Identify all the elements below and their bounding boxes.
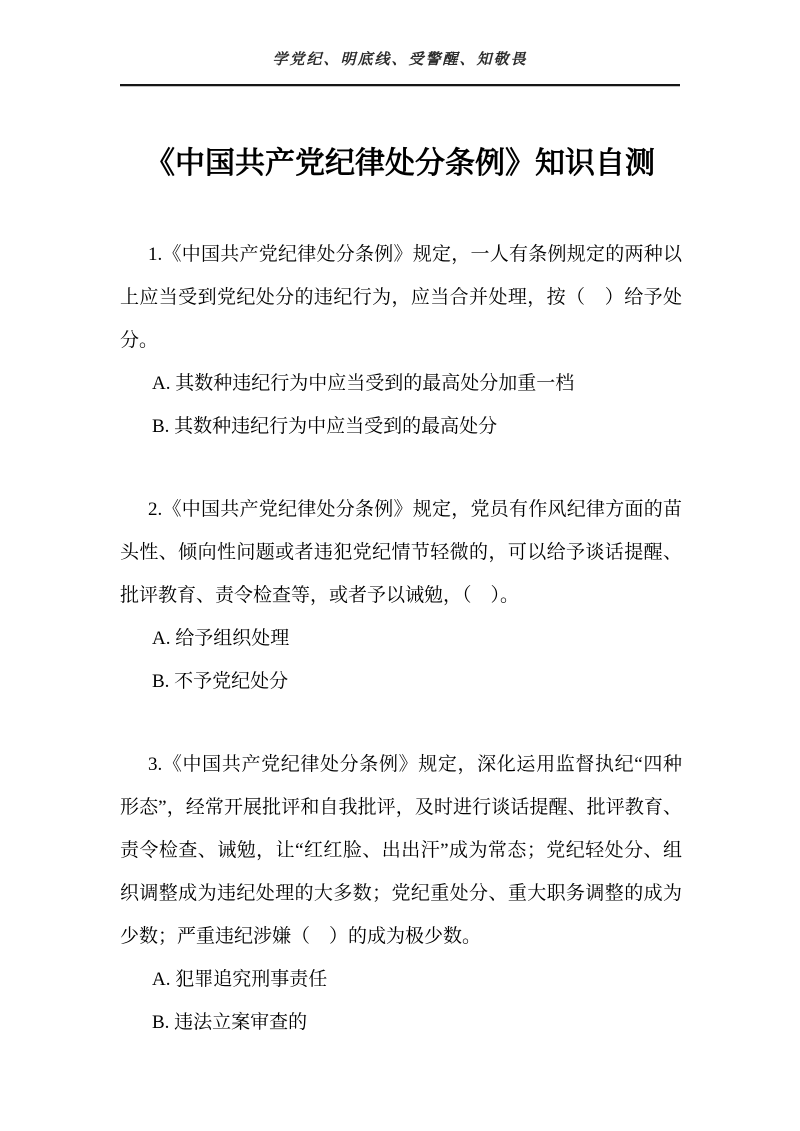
document-page: 学党纪、明底线、受警醒、知敬畏 《中国共产党纪律处分条例》知识自测 1.《中国共… bbox=[0, 0, 800, 1131]
page-title: 《中国共产党纪律处分条例》知识自测 bbox=[0, 142, 800, 186]
questions: 1.《中国共产党纪律处分条例》规定，一人有条例规定的两种以上应当受到党纪处分的违… bbox=[120, 233, 682, 1044]
question-text: 2.《中国共产党纪律处分条例》规定，党员有作风纪律方面的苗头性、倾向性问题或者违… bbox=[120, 488, 682, 617]
quiz-content: 1.《中国共产党纪律处分条例》规定，一人有条例规定的两种以上应当受到党纪处分的违… bbox=[120, 233, 682, 1044]
header-motto: 学党纪、明底线、受警醒、知敬畏 bbox=[0, 48, 800, 69]
question-text: 3.《中国共产党纪律处分条例》规定，深化运用监督执纪“四种形态”，经常开展批评和… bbox=[120, 743, 682, 958]
option-b: B. 违法立案审查的 bbox=[120, 1001, 682, 1044]
option-b: B. 不予党纪处分 bbox=[120, 660, 682, 703]
option-b: B. 其数种违纪行为中应当受到的最高处分 bbox=[120, 405, 682, 448]
question-block: 1.《中国共产党纪律处分条例》规定，一人有条例规定的两种以上应当受到党纪处分的违… bbox=[120, 233, 682, 448]
option-a: A. 犯罪追究刑事责任 bbox=[120, 958, 682, 1001]
option-a: A. 其数种违纪行为中应当受到的最高处分加重一档 bbox=[120, 362, 682, 405]
option-a: A. 给予组织处理 bbox=[120, 617, 682, 660]
question-block: 3.《中国共产党纪律处分条例》规定，深化运用监督执纪“四种形态”，经常开展批评和… bbox=[120, 743, 682, 1044]
header-divider bbox=[120, 84, 680, 86]
question-text: 1.《中国共产党纪律处分条例》规定，一人有条例规定的两种以上应当受到党纪处分的违… bbox=[120, 233, 682, 362]
question-block: 2.《中国共产党纪律处分条例》规定，党员有作风纪律方面的苗头性、倾向性问题或者违… bbox=[120, 488, 682, 703]
